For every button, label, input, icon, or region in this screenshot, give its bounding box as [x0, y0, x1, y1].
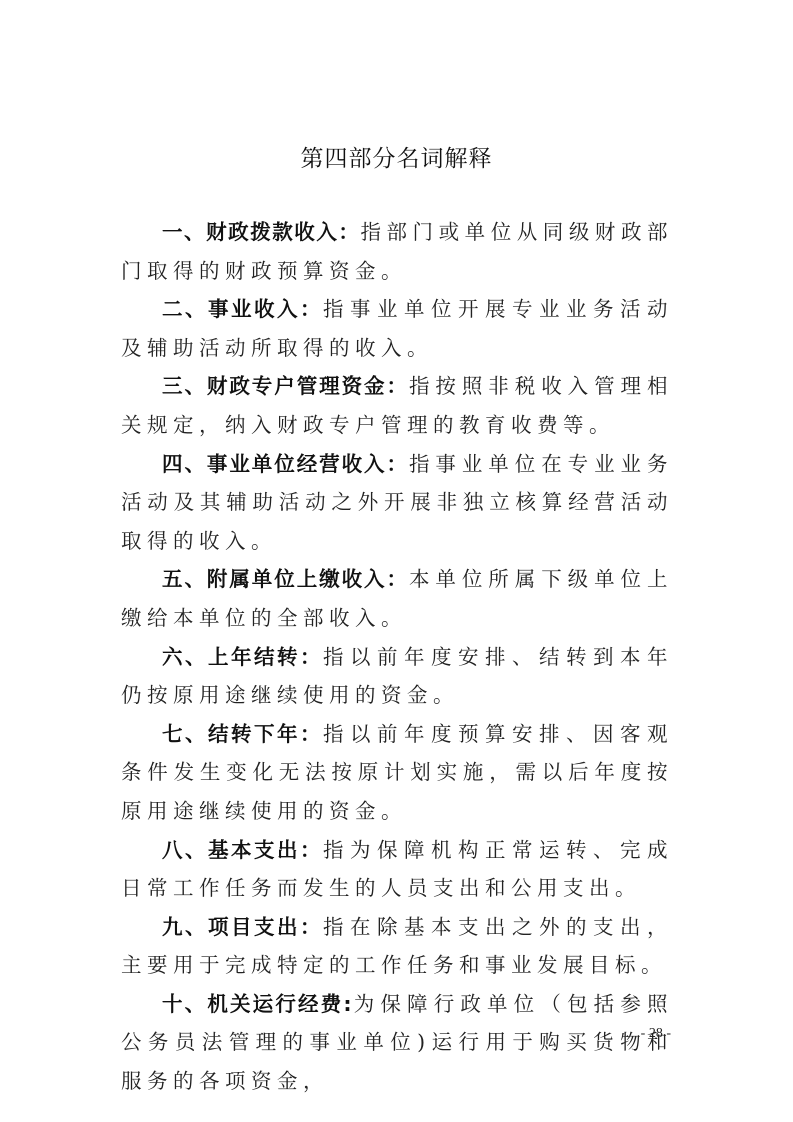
definition-term: 四、事业单位经营收入： — [162, 452, 409, 476]
document-page: 第四部分名词解释 一、财政拨款收入：指部门或单位从同级财政部门取得的财政预算资金… — [0, 0, 793, 1122]
definition-item: 七、结转下年：指以前年度预算安排、因客观条件发生变化无法按原计划实施，需以后年度… — [121, 715, 673, 831]
definition-term: 十、机关运行经费: — [162, 992, 353, 1016]
page-number: - 28 - — [641, 1026, 671, 1042]
definition-term: 五、附属单位上缴收入： — [162, 567, 409, 591]
definition-item: 八、基本支出：指为保障机构正常运转、完成日常工作任务而发生的人员支出和公用支出。 — [121, 831, 673, 908]
definition-item: 十、机关运行经费:为保障行政单位（包括参照公务员法管理的事业单位)运行用于购买货… — [121, 985, 673, 1101]
definition-item: 四、事业单位经营收入：指事业单位在专业业务活动及其辅助活动之外开展非独立核算经营… — [121, 445, 673, 561]
definition-term: 二、事业收入： — [162, 297, 323, 321]
definition-item: 一、财政拨款收入：指部门或单位从同级财政部门取得的财政预算资金。 — [121, 213, 673, 290]
definition-term: 六、上年结转： — [162, 645, 323, 669]
page-title: 第四部分名词解释 — [0, 140, 793, 173]
definition-term: 七、结转下年： — [162, 722, 323, 746]
definition-item: 三、财政专户管理资金：指按照非税收入管理相关规定，纳入财政专户管理的教育收费等。 — [121, 367, 673, 444]
definition-term: 九、项目支出： — [162, 915, 323, 939]
definition-item: 九、项目支出：指在除基本支出之外的支出，主要用于完成特定的工作任务和事业发展目标… — [121, 908, 673, 985]
definition-term: 三、财政专户管理资金： — [162, 374, 409, 398]
definition-item: 五、附属单位上缴收入：本单位所属下级单位上缴给本单位的全部收入。 — [121, 560, 673, 637]
definitions-list: 一、财政拨款收入：指部门或单位从同级财政部门取得的财政预算资金。 二、事业收入：… — [121, 213, 673, 1101]
definition-item: 六、上年结转：指以前年度安排、结转到本年仍按原用途继续使用的资金。 — [121, 638, 673, 715]
definition-term: 八、基本支出： — [162, 838, 323, 862]
definition-term: 一、财政拨款收入： — [162, 220, 360, 244]
definition-item: 二、事业收入：指事业单位开展专业业务活动及辅助活动所取得的收入。 — [121, 290, 673, 367]
